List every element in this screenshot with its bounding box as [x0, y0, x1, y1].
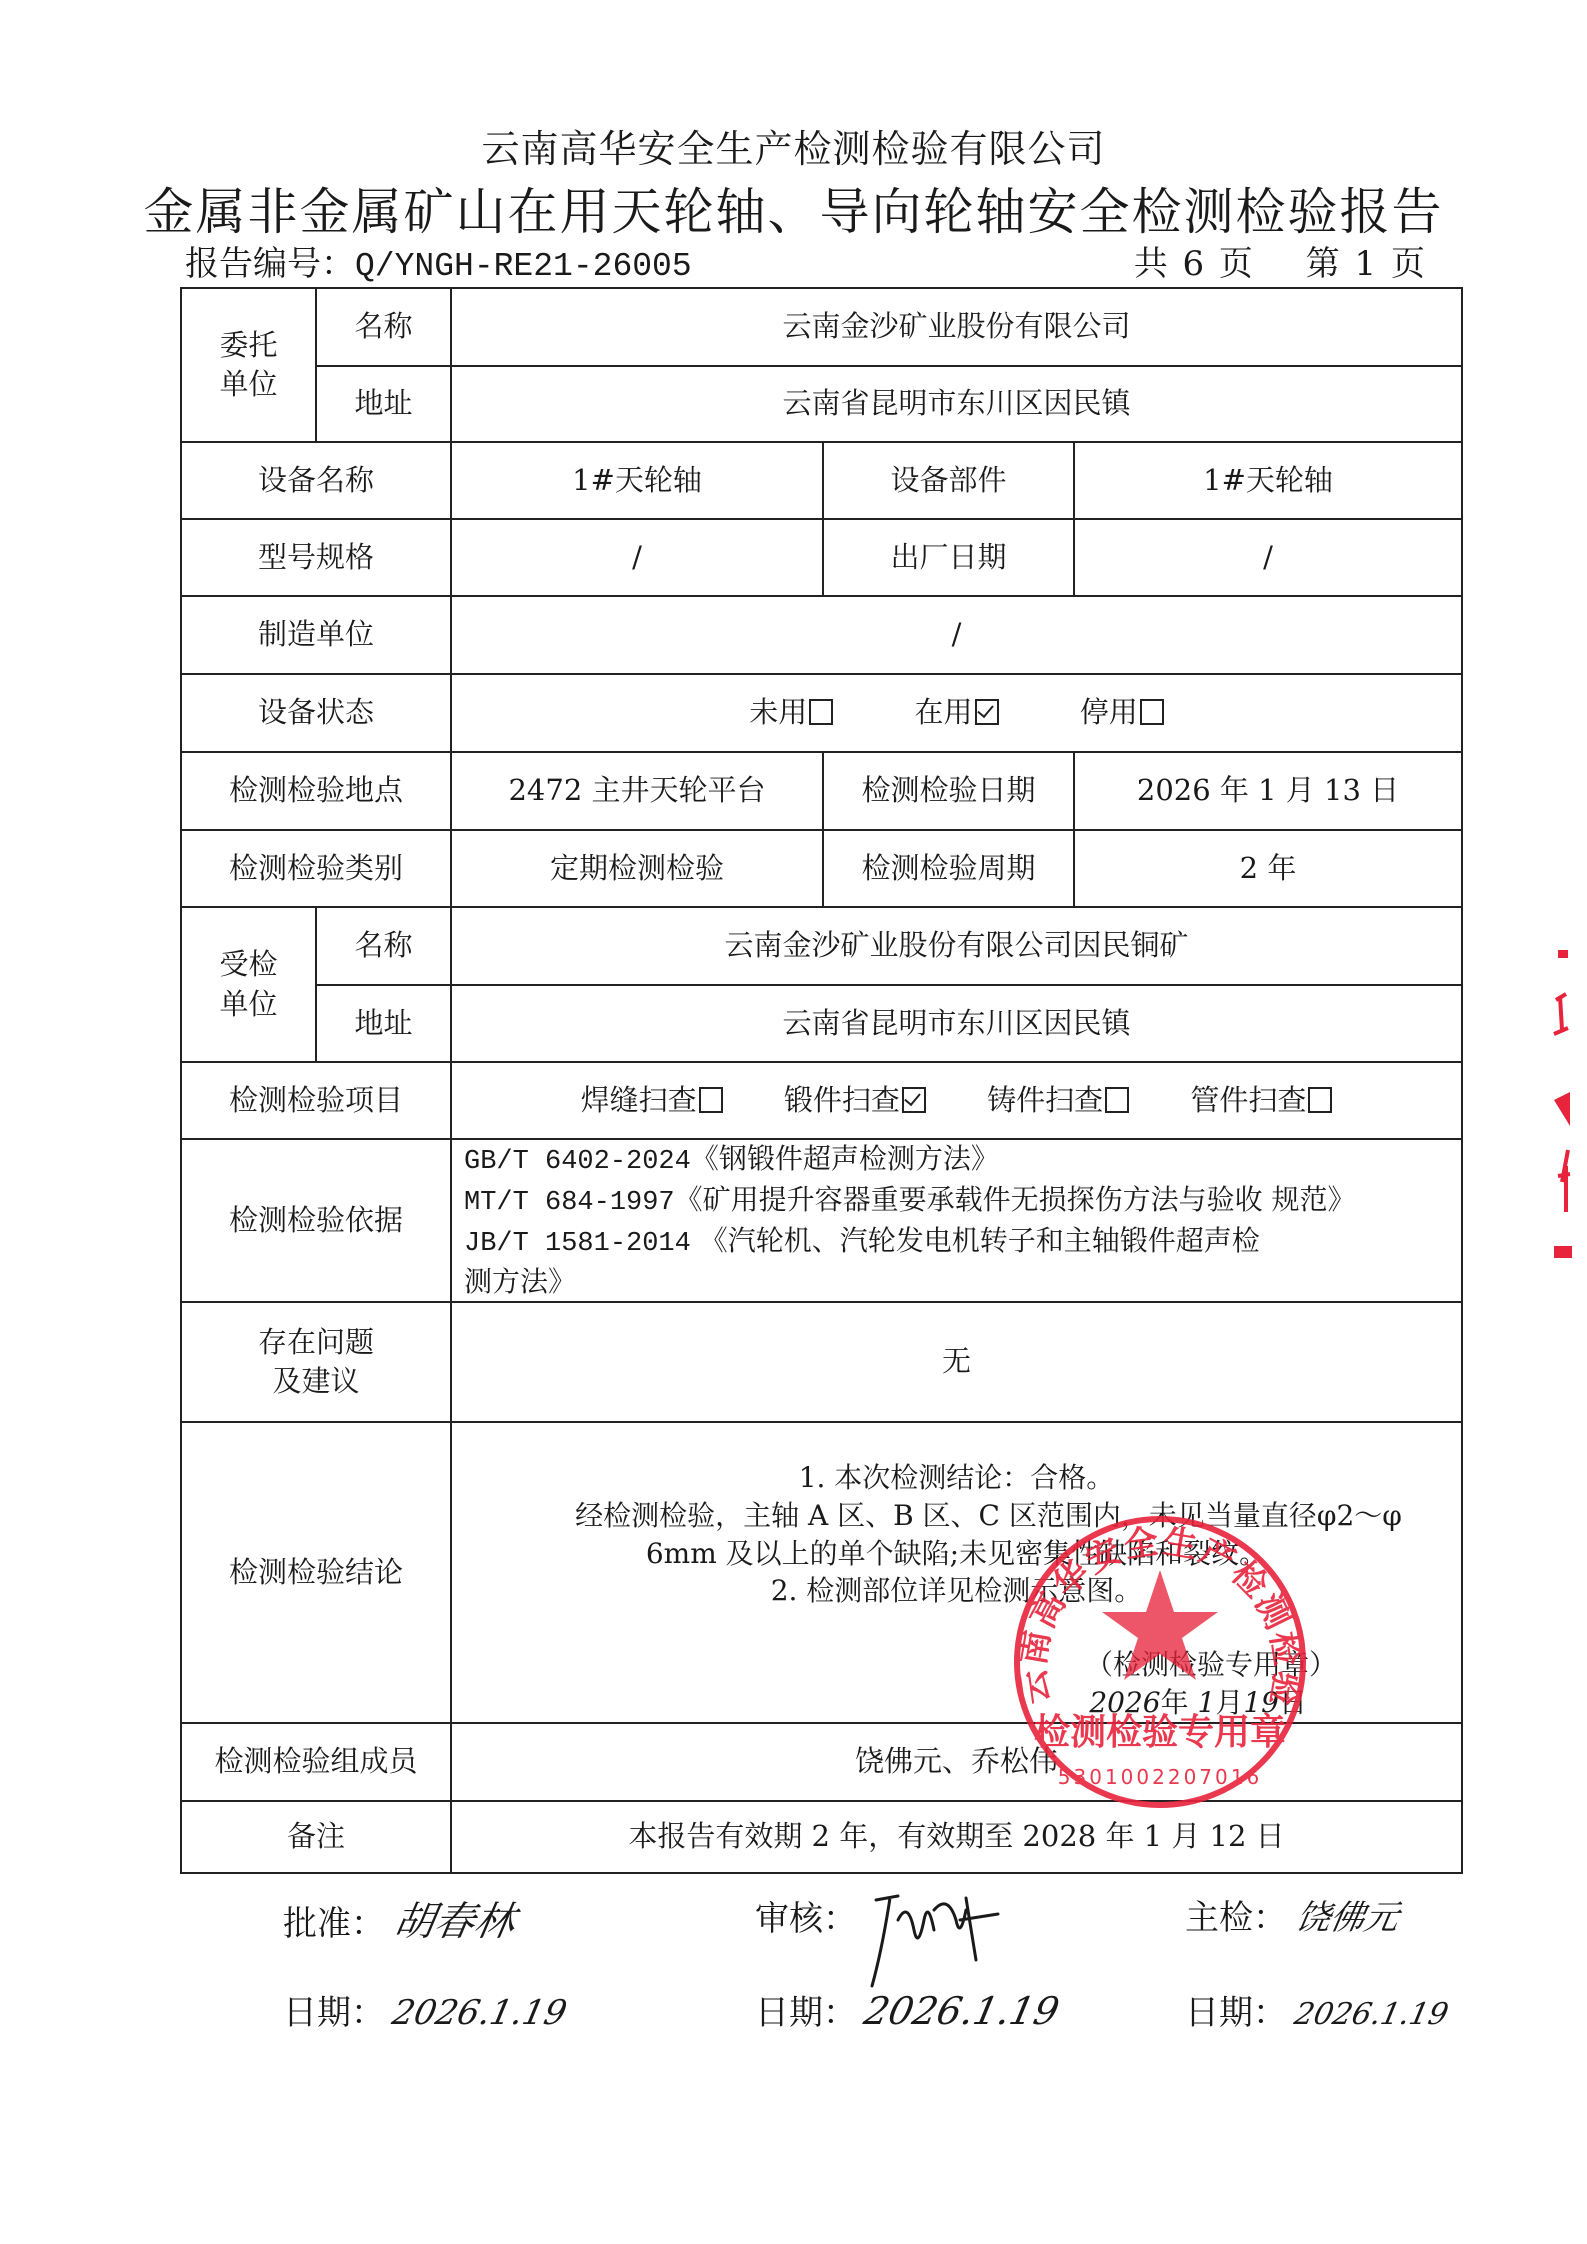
status-label: 设备状态	[181, 674, 451, 752]
client-group-label-line2: 单位	[188, 365, 309, 404]
basis-row: 检测检验依据 GB/T 6402-2024《钢锻件超声检测方法》 MT/T 68…	[181, 1139, 1462, 1302]
report-title: 金属非金属矿山在用天轮轴、导向轮轴安全检测检验报告	[0, 172, 1587, 244]
report-number-label: 报告编号：	[185, 244, 355, 284]
company-name: 云南高华安全生产检测检验有限公司	[0, 118, 1587, 173]
checkbox-checked-icon	[975, 699, 999, 725]
model-row: 型号规格 / 出厂日期 /	[181, 519, 1462, 596]
manufacturer-label: 制造单位	[181, 596, 451, 674]
model-value: /	[451, 519, 823, 596]
checkbox-empty-icon	[699, 1087, 723, 1113]
approve-date: 日期：2026.1.19	[283, 1985, 566, 2034]
chief-signature-name: 饶佛元	[1293, 1890, 1404, 1939]
issues-label-line1: 存在问题	[188, 1323, 444, 1362]
category-value: 定期检测检验	[451, 830, 823, 907]
stamp-date-day: 19	[1243, 1686, 1279, 1719]
report-table: 委托 单位 名称 云南金沙矿业股份有限公司 地址 云南省昆明市东川区因民镇 设备…	[180, 287, 1463, 1874]
pages-total: 共 6 页	[1134, 244, 1255, 284]
location-value: 2472 主井天轮平台	[451, 752, 823, 830]
stamp-date-month-suffix: 月	[1215, 1686, 1243, 1719]
inspected-group-label-line2: 单位	[188, 985, 309, 1024]
approve-date-label: 日期：	[283, 1985, 385, 2034]
client-address-value: 云南省昆明市东川区因民镇	[451, 366, 1462, 442]
issues-value: 无	[451, 1302, 1462, 1422]
basis-list: GB/T 6402-2024《钢锻件超声检测方法》 MT/T 684-1997《…	[451, 1139, 1462, 1302]
client-group-label: 委托 单位	[181, 288, 316, 442]
client-address-label: 地址	[316, 366, 451, 442]
remarks-value: 本报告有效期 2 年，有效期至 2028 年 1 月 12 日	[451, 1801, 1462, 1873]
status-option-stopped[interactable]: 停用	[1080, 693, 1164, 732]
item-option-weld-label: 焊缝扫查	[581, 1083, 697, 1117]
review-signature: 审核：	[755, 1890, 1008, 1990]
checkbox-empty-icon	[1105, 1087, 1129, 1113]
conclusion-row: 检测检验结论 1. 本次检测结论：合格。 经检测检验，主轴 A 区、B 区、C …	[181, 1422, 1462, 1723]
conclusion-body: 1. 本次检测结论：合格。 经检测检验，主轴 A 区、B 区、C 区范围内，未见…	[451, 1422, 1462, 1723]
approve-date-value: 2026.1.19	[389, 1993, 571, 2033]
manufacturer-row: 制造单位 /	[181, 596, 1462, 674]
issues-row: 存在问题 及建议 无	[181, 1302, 1462, 1422]
factory-date-label: 出厂日期	[823, 519, 1074, 596]
status-option-unused-label: 未用	[749, 695, 807, 729]
edge-seal-fragment-icon	[1540, 930, 1587, 1270]
item-option-casting-label: 铸件扫查	[987, 1083, 1103, 1117]
status-option-in-use[interactable]: 在用	[914, 693, 998, 732]
inspected-name-row: 受检 单位 名称 云南金沙矿业股份有限公司因民铜矿	[181, 907, 1462, 985]
chief-date-label: 日期：	[1185, 1985, 1287, 2034]
inspection-date-value: 2026 年 1 月 13 日	[1074, 752, 1462, 830]
stamp-date-year-suffix: 年	[1161, 1686, 1189, 1719]
basis-code: JB/T 1581-2014	[464, 1229, 691, 1259]
status-option-in-use-label: 在用	[914, 695, 972, 729]
review-date: 日期：2026.1.19	[755, 1985, 1058, 2034]
items-row: 检测检验项目 焊缝扫查 锻件扫查 铸件扫查 管件扫查	[181, 1062, 1462, 1139]
item-option-forging-label: 锻件扫查	[784, 1083, 900, 1117]
basis-code: GB/T 6402-2024	[464, 1147, 691, 1177]
handwritten-signature-icon	[868, 1890, 1008, 1990]
location-label: 检测检验地点	[181, 752, 451, 830]
page-current: 第 1 页	[1306, 244, 1427, 284]
approve-signature-name: 胡春林	[390, 1890, 520, 1947]
inspected-name-value: 云南金沙矿业股份有限公司因民铜矿	[451, 907, 1462, 985]
client-name-row: 委托 单位 名称 云南金沙矿业股份有限公司	[181, 288, 1462, 366]
checkbox-empty-icon	[1308, 1087, 1332, 1113]
basis-title: 测方法》	[464, 1265, 576, 1298]
client-address-row: 地址 云南省昆明市东川区因民镇	[181, 366, 1462, 442]
review-date-value: 2026.1.19	[860, 1989, 1063, 2033]
conclusion-line-2: 经检测检验，主轴 A 区、B 区、C 区范围内，未见当量直径φ2～φ	[466, 1497, 1447, 1535]
inspected-name-label: 名称	[316, 907, 451, 985]
status-row: 设备状态 未用 在用 停用	[181, 674, 1462, 752]
stamp-date-year: 2026	[1089, 1686, 1160, 1719]
remarks-label: 备注	[181, 1801, 451, 1873]
item-option-weld[interactable]: 焊缝扫查	[581, 1081, 723, 1120]
checkbox-empty-icon	[1140, 699, 1164, 725]
status-option-stopped-label: 停用	[1080, 695, 1138, 729]
chief-date-value: 2026.1.19	[1291, 1997, 1451, 2032]
category-row: 检测检验类别 定期检测检验 检测检验周期 2 年	[181, 830, 1462, 907]
status-option-unused[interactable]: 未用	[749, 693, 833, 732]
inspected-address-label: 地址	[316, 985, 451, 1062]
stamp-date-day-suffix: 日	[1279, 1686, 1307, 1719]
equipment-name-value: 1#天轮轴	[451, 442, 823, 519]
item-option-pipe-label: 管件扫查	[1190, 1083, 1306, 1117]
basis-label: 检测检验依据	[181, 1139, 451, 1302]
issues-label: 存在问题 及建议	[181, 1302, 451, 1422]
stamp-caption: （检测检验专用章）	[466, 1646, 1447, 1684]
inspection-date-label: 检测检验日期	[823, 752, 1074, 830]
equipment-name-row: 设备名称 1#天轮轴 设备部件 1#天轮轴	[181, 442, 1462, 519]
basis-item-continued: 测方法》	[464, 1263, 1455, 1301]
basis-title: 《矿用提升容器重要承载件无损探伤方法与验收 规范》	[675, 1183, 1356, 1216]
review-date-label: 日期：	[755, 1985, 857, 2034]
category-label: 检测检验类别	[181, 830, 451, 907]
review-label: 审核：	[755, 1891, 857, 1940]
team-row: 检测检验组成员 饶佛元、乔松伟	[181, 1723, 1462, 1801]
item-option-casting[interactable]: 铸件扫查	[987, 1081, 1129, 1120]
inspected-group-label-line1: 受检	[188, 945, 309, 984]
issues-label-line2: 及建议	[188, 1362, 444, 1401]
stamp-date-month: 1	[1198, 1686, 1216, 1719]
status-options: 未用 在用 停用	[451, 674, 1462, 752]
factory-date-value: /	[1074, 519, 1462, 596]
basis-code: MT/T 684-1997	[464, 1188, 675, 1218]
team-members: 饶佛元、乔松伟	[451, 1723, 1462, 1801]
chief-label: 主检：	[1185, 1890, 1287, 1939]
client-name-value: 云南金沙矿业股份有限公司	[451, 288, 1462, 366]
basis-item: JB/T 1581-2014 《汽轮机、汽轮发电机转子和主轴锻件超声检	[464, 1222, 1455, 1263]
basis-item: GB/T 6402-2024《钢锻件超声检测方法》	[464, 1140, 1455, 1181]
team-label: 检测检验组成员	[181, 1723, 451, 1801]
period-value: 2 年	[1074, 830, 1462, 907]
basis-title: 《钢锻件超声检测方法》	[691, 1142, 999, 1175]
location-row: 检测检验地点 2472 主井天轮平台 检测检验日期 2026 年 1 月 13 …	[181, 752, 1462, 830]
inspected-address-row: 地址 云南省昆明市东川区因民镇	[181, 985, 1462, 1062]
model-label: 型号规格	[181, 519, 451, 596]
stamp-date: 2026年 1月19日	[466, 1684, 1447, 1722]
item-option-pipe[interactable]: 管件扫查	[1190, 1081, 1332, 1120]
page-indicator: 共 6 页 第 1 页	[1128, 236, 1427, 285]
inspected-address-value: 云南省昆明市东川区因民镇	[451, 985, 1462, 1062]
basis-title: 《汽轮机、汽轮发电机转子和主轴锻件超声检	[691, 1224, 1260, 1257]
approve-label: 批准：	[283, 1896, 385, 1945]
conclusion-line-1: 1. 本次检测结论：合格。	[466, 1459, 1447, 1497]
inspected-group-label: 受检 单位	[181, 907, 316, 1062]
conclusion-label: 检测检验结论	[181, 1422, 451, 1723]
report-number: 报告编号：Q/YNGH-RE21-26005	[185, 236, 692, 285]
client-group-label-line1: 委托	[188, 326, 309, 365]
manufacturer-value: /	[451, 596, 1462, 674]
checkbox-empty-icon	[809, 699, 833, 725]
conclusion-line-4: 2. 检测部位详见检测示意图。	[466, 1572, 1447, 1610]
item-option-forging[interactable]: 锻件扫查	[784, 1081, 926, 1120]
equipment-part-value: 1#天轮轴	[1074, 442, 1462, 519]
period-label: 检测检验周期	[823, 830, 1074, 907]
equipment-name-label: 设备名称	[181, 442, 451, 519]
conclusion-line-3: 6mm 及以上的单个缺陷;未见密集性缺陷和裂纹。	[466, 1535, 1447, 1573]
chief-signature: 主检：饶佛元	[1185, 1890, 1399, 1939]
chief-date: 日期：2026.1.19	[1185, 1985, 1448, 2034]
items-options: 焊缝扫查 锻件扫查 铸件扫查 管件扫查	[451, 1062, 1462, 1139]
checkbox-checked-icon	[902, 1087, 926, 1113]
approve-signature: 批准：胡春林	[283, 1890, 515, 1947]
report-number-value: Q/YNGH-RE21-26005	[355, 248, 692, 285]
remarks-row: 备注 本报告有效期 2 年，有效期至 2028 年 1 月 12 日	[181, 1801, 1462, 1873]
equipment-part-label: 设备部件	[823, 442, 1074, 519]
basis-item: MT/T 684-1997《矿用提升容器重要承载件无损探伤方法与验收 规范》	[464, 1181, 1455, 1222]
items-label: 检测检验项目	[181, 1062, 451, 1139]
client-name-label: 名称	[316, 288, 451, 366]
